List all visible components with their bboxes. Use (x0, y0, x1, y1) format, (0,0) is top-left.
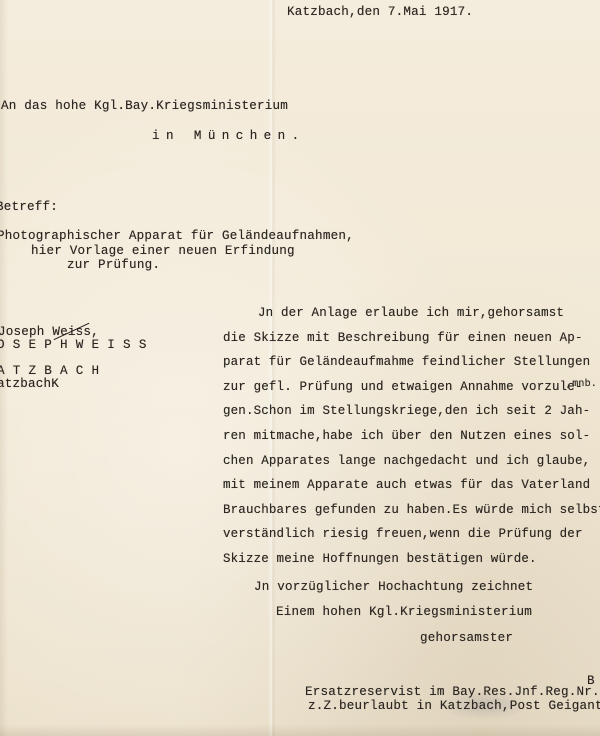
subject-line-1: Photographischer Apparat für Geländeaufn… (0, 229, 354, 243)
body-line: chen Apparates lange nachgedacht und ich… (223, 454, 590, 468)
body-line: parat für Geländeaufmahme feindlicher St… (223, 355, 590, 369)
subject-line-3: zur Prüfung. (67, 258, 160, 272)
subject-line-2: hier Vorlage einer neuen Erfindung (31, 244, 295, 258)
sender-comma: , (91, 325, 99, 339)
closing-line-1: Jn vorzüglicher Hochachtung zeichnet (254, 580, 533, 594)
sender-stamp-line-1: Joseph Weiss, (0, 325, 99, 339)
body-line: ren mitmache,habe ich über den Nutzen ei… (223, 429, 590, 443)
letter-page: Katzbach,den 7.Mai 1917. An das hohe Kgl… (0, 0, 600, 736)
subject-label: Betreff: (0, 200, 58, 214)
page-bottom-edge (0, 724, 600, 736)
signature-line-1: Ersatzreservist im Bay.Res.Jnf.Reg.Nr. (305, 685, 600, 699)
recipient-line-2: in München. (152, 129, 306, 143)
closing-line-3: gehorsamster (420, 631, 513, 645)
recipient-line-1: An das hohe Kgl.Bay.Kriegsministerium (1, 99, 288, 113)
sender-name: Joseph (0, 325, 52, 339)
sender-stamp-line-2: OSEPHWEISS (0, 338, 155, 352)
body-line: verständlich riesig freuen,wenn die Prüf… (223, 527, 583, 541)
body-line: Jn der Anlage erlaube ich mir,gehorsamst (258, 306, 564, 320)
sender-stamp-line-4: atzbachK (0, 377, 59, 391)
margin-note: ,mnb. (566, 378, 597, 392)
struck-surname: Weiss (52, 325, 91, 339)
signature-line-2: z.Z.beurlaubt in Katzbach,Post Geigant (308, 699, 600, 713)
place-date: Katzbach,den 7.Mai 1917. (287, 5, 473, 19)
body-line: gen.Schon im Stellungskriege,den ich sei… (223, 404, 590, 418)
body-line: mit meinem Apparate auch etwas für das V… (223, 478, 590, 492)
body-line: die Skizze mit Beschreibung für einen ne… (223, 331, 583, 345)
sender-stamp-line-3: ATZBACH (0, 364, 107, 378)
body-line: zur gefl. Prüfung und etwaigen Annahme v… (223, 380, 583, 394)
body-line: Brauchbares gefunden zu haben.Es würde m… (223, 503, 600, 517)
closing-line-2: Einem hohen Kgl.Kriegsministerium (276, 605, 532, 619)
body-line: Skizze meine Hoffnungen bestätigen würde… (223, 552, 537, 566)
